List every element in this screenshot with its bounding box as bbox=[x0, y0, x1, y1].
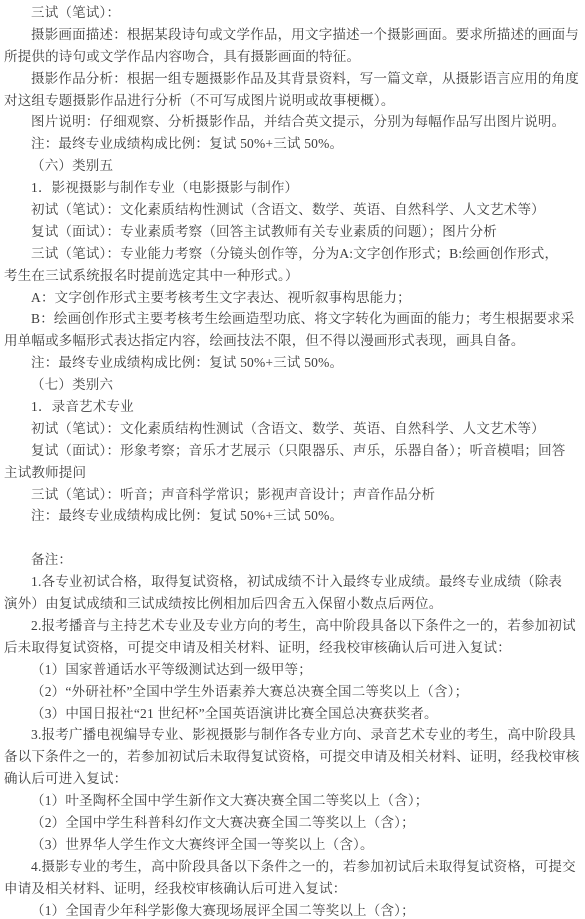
text-line: 1．录音艺术专业 bbox=[4, 396, 582, 418]
text-line: 所提供的诗句或文学作品内容吻合，具有摄影画面的特征。 bbox=[4, 46, 582, 68]
text-line: （1）叶圣陶杯全国中学生新作文大赛决赛全国二等奖以上（含）； bbox=[4, 790, 582, 812]
text-line: （1）国家普通话水平等级测试达到一级甲等； bbox=[4, 659, 582, 681]
text-line: A：文字创作形式主要考核考生文字表达、视听叙事构思能力； bbox=[4, 287, 582, 309]
text-line: （1）全国青少年科学影像大赛现场展评全国二等奖以上（含）； bbox=[4, 900, 582, 919]
text-line: 三试（笔试）：听音；声音科学常识；影视声音设计；声音作品分析 bbox=[4, 484, 582, 506]
text-line: 复试（面试）：专业素质考察（回答主试教师有关专业素质的问题）；图片分析 bbox=[4, 221, 582, 243]
text-line: （3）世界华人学生作文大赛终评全国一等奖以上（含）。 bbox=[4, 834, 582, 856]
text-line: 三试（笔试）：专业能力考察（分镜头创作等，分为A:文字创作形式；B:绘画创作形式… bbox=[4, 243, 582, 265]
text-line: （七）类别六 bbox=[4, 374, 582, 396]
text-line: 1．影视摄影与制作专业（电影摄影与制作） bbox=[4, 177, 582, 199]
text-line: 4.摄影专业的考生，高中阶段具备以下条件之一的，若参加初试后未取得复试资格，可提… bbox=[4, 856, 582, 878]
text-line: 1.各专业初试合格，取得复试资格，初试成绩不计入最终专业成绩。最终专业成绩（除表 bbox=[4, 571, 582, 593]
text-line: 用单幅或多幅形式表达指定内容，绘画技法不限，但不得以漫画形式表现，画具自备。 bbox=[4, 330, 582, 352]
text-line: 摄影作品分析：根据一组专题摄影作品及其背景资料，写一篇文章，从摄影语言应用的角度 bbox=[4, 68, 582, 90]
text-line: 注：最终专业成绩构成比例：复试 50%+三试 50%。 bbox=[4, 133, 582, 155]
text-line: B：绘画创作形式主要考核考生绘画造型功底、将文字转化为画面的能力；考生根据要求采 bbox=[4, 308, 582, 330]
text-line: （六）类别五 bbox=[4, 155, 582, 177]
text-line: 备以下条件之一的，若参加初试后未取得复试资格，可提交申请及相关材料、证明，经我校… bbox=[4, 746, 582, 768]
text-line: 三试（笔试）： bbox=[4, 2, 582, 24]
text-line: 考生在三试系统报名时提前选定其中一种形式。） bbox=[4, 265, 582, 287]
text-line: 后未取得复试资格，可提交申请及相关材料、证明，经我校审核确认后可进入复试： bbox=[4, 637, 582, 659]
text-line: 图片说明：仔细观察、分析摄影作品，并结合英文提示，分别为每幅作品写出图片说明。 bbox=[4, 111, 582, 133]
text-line: 摄影画面描述：根据某段诗句或文学作品，用文字描述一个摄影画面。要求所描述的画面与 bbox=[4, 24, 582, 46]
text-line: 初试（笔试）：文化素质结构性测试（含语文、数学、英语、自然科学、人文艺术等） bbox=[4, 199, 582, 221]
text-line: （2）“外研社杯”全国中学生外语素养大赛总决赛全国二等奖以上（含）； bbox=[4, 681, 582, 703]
text-line: 注：最终专业成绩构成比例：复试 50%+三试 50%。 bbox=[4, 505, 582, 527]
text-line: 演外）由复试成绩和三试成绩按比例相加后四舍五入保留小数点后两位。 bbox=[4, 593, 582, 615]
text-line: 注：最终专业成绩构成比例：复试 50%+三试 50%。 bbox=[4, 352, 582, 374]
text-line: （2）全国中学生科普科幻作文大赛决赛全国二等奖以上（含）； bbox=[4, 812, 582, 834]
text-line: 初试（笔试）：文化素质结构性测试（含语文、数学、英语、自然科学、人文艺术等） bbox=[4, 418, 582, 440]
document-page: 三试（笔试）：摄影画面描述：根据某段诗句或文学作品，用文字描述一个摄影画面。要求… bbox=[0, 0, 585, 919]
text-line: 主试教师提问 bbox=[4, 462, 582, 484]
text-line: 备注： bbox=[4, 549, 582, 571]
text-line: （3）中国日报社“21 世纪杯”全国英语演讲比赛全国总决赛获奖者。 bbox=[4, 703, 582, 725]
text-line: 确认后可进入复试： bbox=[4, 768, 582, 790]
text-line: 申请及相关材料、证明，经我校审核确认后可进入复试： bbox=[4, 878, 582, 900]
blank-line bbox=[4, 527, 582, 549]
text-line: 3.报考广播电视编导专业、影视摄影与制作各专业方向、录音艺术专业的考生，高中阶段… bbox=[4, 724, 582, 746]
text-line: 2.报考播音与主持艺术专业及专业方向的考生，高中阶段具备以下条件之一的，若参加初… bbox=[4, 615, 582, 637]
text-line: 复试（面试）：形象考察；音乐才艺展示（只限器乐、声乐，乐器自备）；听音模唱；回答 bbox=[4, 440, 582, 462]
text-line: 对这组专题摄影作品进行分析（不可写成图片说明或故事梗概）。 bbox=[4, 90, 582, 112]
